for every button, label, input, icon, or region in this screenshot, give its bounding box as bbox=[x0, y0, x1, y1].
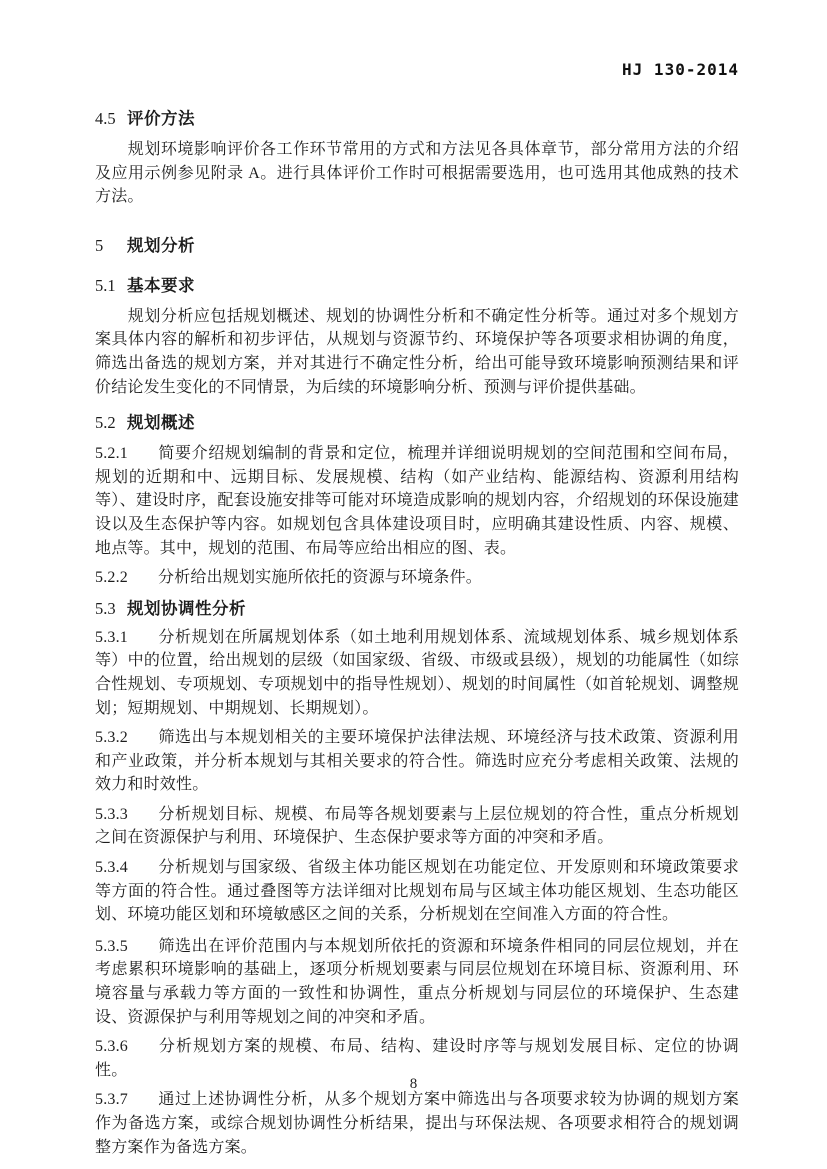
section-title: 基本要求 bbox=[127, 277, 195, 295]
clause-number: 5.2.2 bbox=[95, 566, 158, 590]
clause-text: 分析规划目标、规模、布局等各规划要素与上层位规划的符合性，重点分析规划之间在资源… bbox=[95, 806, 739, 847]
clause-number: 5.3.6 bbox=[95, 1035, 158, 1059]
section-title: 规划概述 bbox=[127, 414, 195, 432]
section-number: 5.2 bbox=[95, 412, 127, 434]
section-number: 5 bbox=[95, 235, 127, 257]
section-title: 规划协调性分析 bbox=[127, 600, 246, 618]
clause-5-3-4: 5.3.4分析规划与国家级、省级主体功能区规划在功能定位、开发原则和环境政策要求… bbox=[95, 856, 739, 927]
section-heading-5-3: 5.3规划协调性分析 bbox=[95, 598, 739, 620]
document-page: HJ 130-2014 4.5评价方法 规划环境影响评价各工作环节常用的方式和方… bbox=[0, 0, 827, 1169]
clause-text: 分析给出规划实施所依托的资源与环境条件。 bbox=[158, 569, 482, 586]
clause-text: 筛选出在评价范围内与本规划所依托的资源和环境条件相同的同层位规划，并在考虑累积环… bbox=[95, 938, 739, 1026]
clause-number: 5.3.5 bbox=[95, 935, 158, 959]
section-heading-4-5: 4.5评价方法 bbox=[95, 108, 739, 130]
paragraph: 规划环境影响评价各工作环节常用的方式和方法见各具体章节，部分常用方法的介绍及应用… bbox=[95, 138, 739, 209]
clause-text: 通过上述协调性分析，从多个规划方案中筛选出与各项要求较为协调的规划方案作为备选方… bbox=[95, 1091, 739, 1155]
section-title: 评价方法 bbox=[127, 110, 195, 128]
clause-5-3-1: 5.3.1分析规划在所属规划体系（如土地利用规划体系、流域规划体系、城乡规划体系… bbox=[95, 626, 739, 720]
clause-text: 分析规划与国家级、省级主体功能区规划在功能定位、开发原则和环境政策要求等方面的符… bbox=[95, 859, 739, 923]
page-number: 8 bbox=[0, 1076, 827, 1093]
clause-number: 5.2.1 bbox=[95, 442, 158, 466]
document-code-header: HJ 130-2014 bbox=[622, 60, 739, 79]
section-number: 4.5 bbox=[95, 108, 127, 130]
clause-5-2-1: 5.2.1简要介绍规划编制的背景和定位，梳理并详细说明规划的空间范围和空间布局，… bbox=[95, 442, 739, 560]
paragraph: 规划分析应包括规划概述、规划的协调性分析和不确定性分析等。通过对多个规划方案具体… bbox=[95, 305, 739, 399]
clause-number: 5.3.4 bbox=[95, 856, 158, 880]
clause-5-3-7: 5.3.7通过上述协调性分析，从多个规划方案中筛选出与各项要求较为协调的规划方案… bbox=[95, 1088, 739, 1159]
clause-5-3-5: 5.3.5筛选出在评价范围内与本规划所依托的资源和环境条件相同的同层位规划，并在… bbox=[95, 935, 739, 1029]
clause-5-2-2: 5.2.2分析给出规划实施所依托的资源与环境条件。 bbox=[95, 566, 739, 590]
section-title: 规划分析 bbox=[127, 237, 195, 255]
clause-text: 简要介绍规划编制的背景和定位，梳理并详细说明规划的空间范围和空间布局，规划的近期… bbox=[95, 445, 739, 556]
document-body: 4.5评价方法 规划环境影响评价各工作环节常用的方式和方法见各具体章节，部分常用… bbox=[95, 108, 739, 1159]
clause-5-3-2: 5.3.2筛选出与本规划相关的主要环境保护法律法规、环境经济与技术政策、资源利用… bbox=[95, 726, 739, 797]
section-heading-5-2: 5.2规划概述 bbox=[95, 412, 739, 434]
clause-number: 5.3.2 bbox=[95, 726, 158, 750]
section-number: 5.1 bbox=[95, 275, 127, 297]
clause-5-3-3: 5.3.3分析规划目标、规模、布局等各规划要素与上层位规划的符合性，重点分析规划… bbox=[95, 803, 739, 850]
section-heading-5: 5规划分析 bbox=[95, 235, 739, 257]
clause-text: 分析规划在所属规划体系（如土地利用规划体系、流域规划体系、城乡规划体系等）中的位… bbox=[95, 629, 739, 717]
section-number: 5.3 bbox=[95, 598, 127, 620]
clause-number: 5.3.1 bbox=[95, 626, 158, 650]
clause-text: 分析规划方案的规模、布局、结构、建设时序等与规划发展目标、定位的协调性。 bbox=[95, 1038, 739, 1079]
section-heading-5-1: 5.1基本要求 bbox=[95, 275, 739, 297]
clause-number: 5.3.3 bbox=[95, 803, 158, 827]
clause-text: 筛选出与本规划相关的主要环境保护法律法规、环境经济与技术政策、资源利用和产业政策… bbox=[95, 729, 739, 793]
